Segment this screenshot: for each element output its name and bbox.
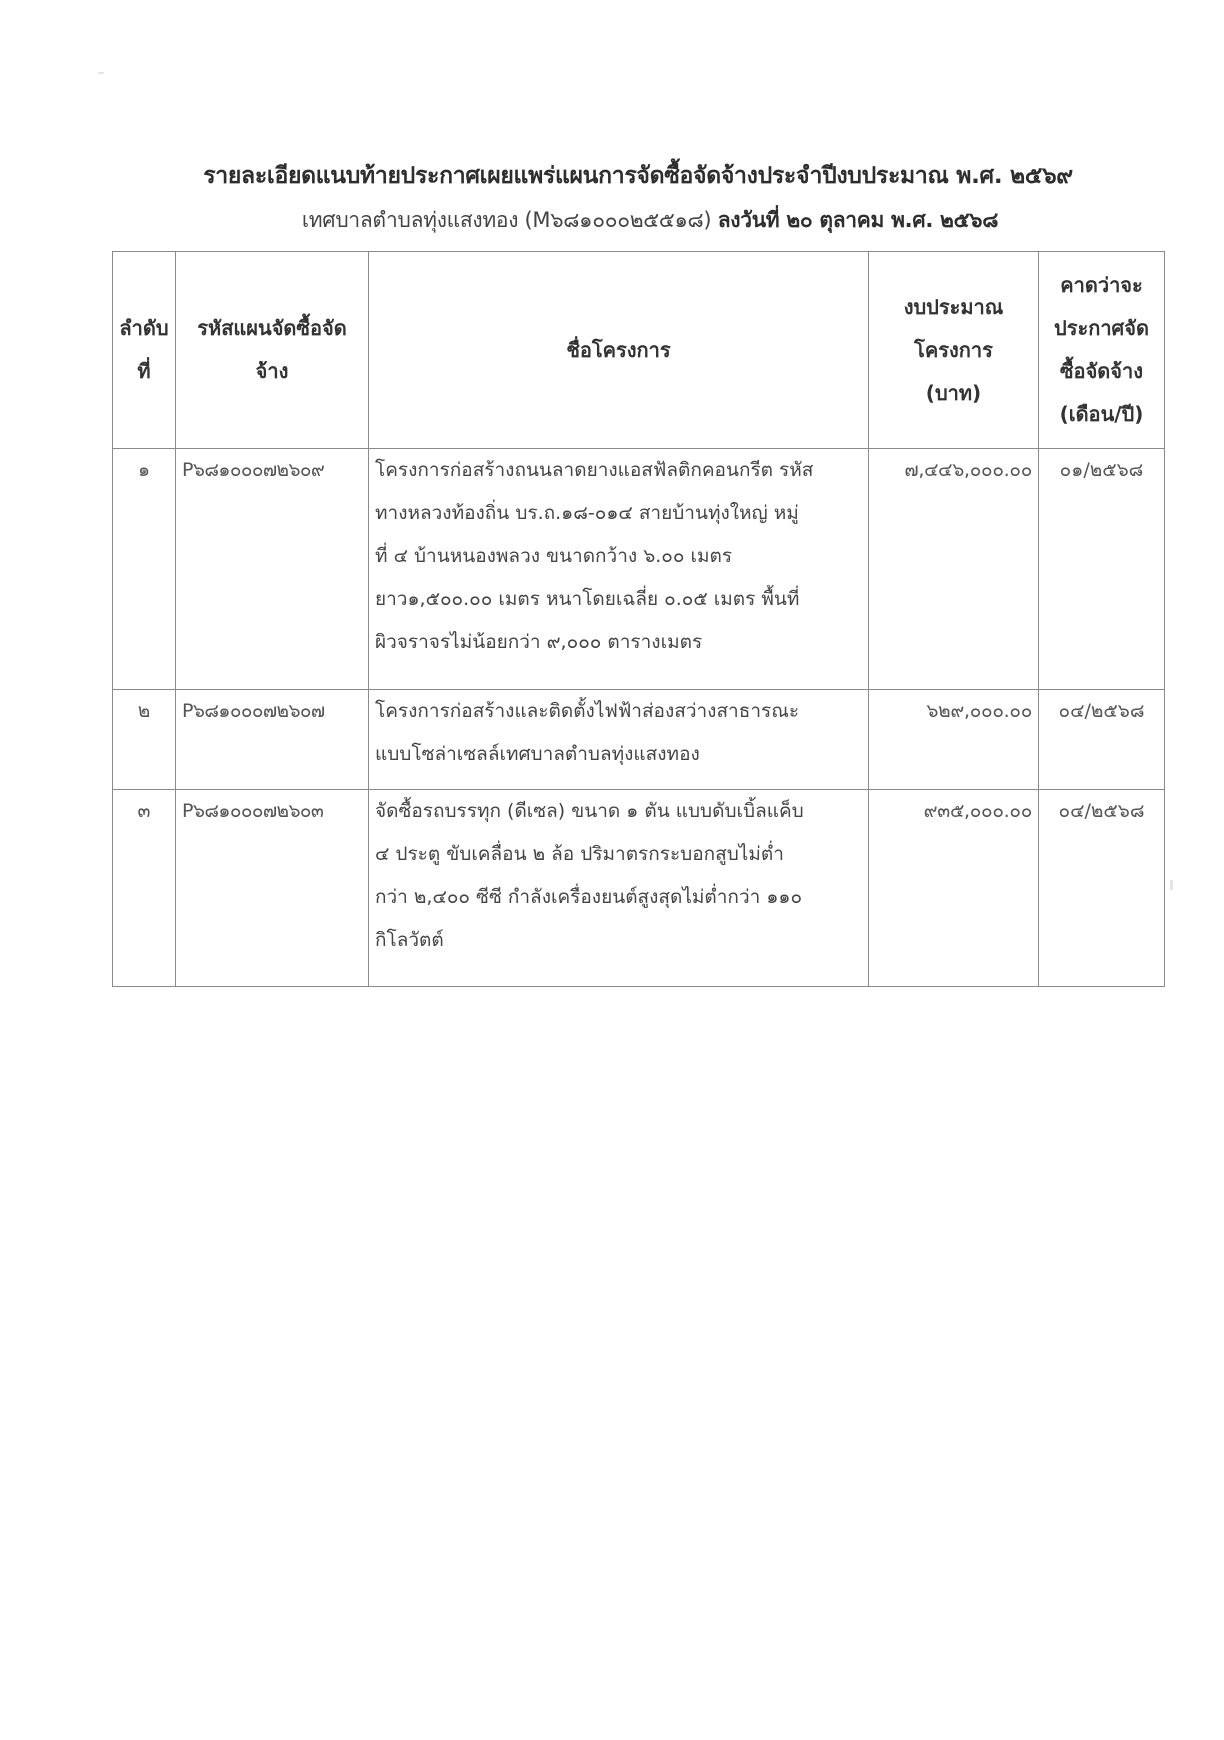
row-expected-announce: ๐๔/๒๕๖๘ (1039, 790, 1165, 987)
header-project-name: ชื่อโครงการ (369, 252, 869, 449)
document-title: รายละเอียดแนบท้ายประกาศเผยแพร่แผนการจัดซ… (0, 158, 1224, 194)
row-project-name: โครงการก่อสร้างและติดตั้งไฟฟ้าส่องสว่างส… (369, 690, 869, 790)
header-budget: งบประมาณ โครงการ (บาท) (869, 252, 1039, 449)
table-row: ๓ P๖๘๑๐๐๐๗๒๖๐๓ จัดซื้อรถบรรทุก (ดีเซล) ข… (113, 790, 1165, 987)
row-project-name: จัดซื้อรถบรรทุก (ดีเซล) ขนาด ๑ ตัน แบบดั… (369, 790, 869, 987)
row-no: ๓ (113, 790, 176, 987)
header-no: ลำดับ ที่ (113, 252, 176, 449)
table-row: ๑ P๖๘๑๐๐๐๗๒๖๐๙ โครงการก่อสร้างถนนลาดยางแ… (113, 449, 1165, 690)
subtitle-date: ลงวันที่ ๒๐ ตุลาคม พ.ศ. ๒๕๖๘ (718, 208, 998, 232)
subtitle-organization: เทศบาลตำบลทุ่งแสงทอง (M๖๘๑๐๐๐๒๕๕๑๘) (302, 208, 711, 232)
scan-speck (1170, 880, 1173, 890)
table-row: ๒ P๖๘๑๐๐๐๗๒๖๐๗ โครงการก่อสร้างและติดตั้ง… (113, 690, 1165, 790)
row-budget: ๖๒๙,๐๐๐.๐๐ (869, 690, 1039, 790)
row-plan-code: P๖๘๑๐๐๐๗๒๖๐๓ (176, 790, 369, 987)
header-plan-code: รหัสแผนจัดซื้อจัด จ้าง (176, 252, 369, 449)
row-budget: ๙๓๕,๐๐๐.๐๐ (869, 790, 1039, 987)
row-plan-code: P๖๘๑๐๐๐๗๒๖๐๙ (176, 449, 369, 690)
row-expected-announce: ๐๔/๒๕๖๘ (1039, 690, 1165, 790)
document-subtitle: เทศบาลตำบลทุ่งแสงทอง (M๖๘๑๐๐๐๒๕๕๑๘) ลงวั… (0, 204, 1224, 237)
row-no: ๒ (113, 690, 176, 790)
header-expected-announce: คาดว่าจะ ประกาศจัด ซื้อจัดจ้าง (เดือน/ปี… (1039, 252, 1165, 449)
procurement-plan-table: ลำดับ ที่ รหัสแผนจัดซื้อจัด จ้าง ชื่อโคร… (112, 251, 1165, 987)
row-budget: ๗,๔๔๖,๐๐๐.๐๐ (869, 449, 1039, 690)
row-plan-code: P๖๘๑๐๐๐๗๒๖๐๗ (176, 690, 369, 790)
scan-speck (98, 72, 104, 74)
row-no: ๑ (113, 449, 176, 690)
row-expected-announce: ๐๑/๒๕๖๘ (1039, 449, 1165, 690)
row-project-name: โครงการก่อสร้างถนนลาดยางแอสฟัลติกคอนกรีต… (369, 449, 869, 690)
table-header-row: ลำดับ ที่ รหัสแผนจัดซื้อจัด จ้าง ชื่อโคร… (113, 252, 1165, 449)
